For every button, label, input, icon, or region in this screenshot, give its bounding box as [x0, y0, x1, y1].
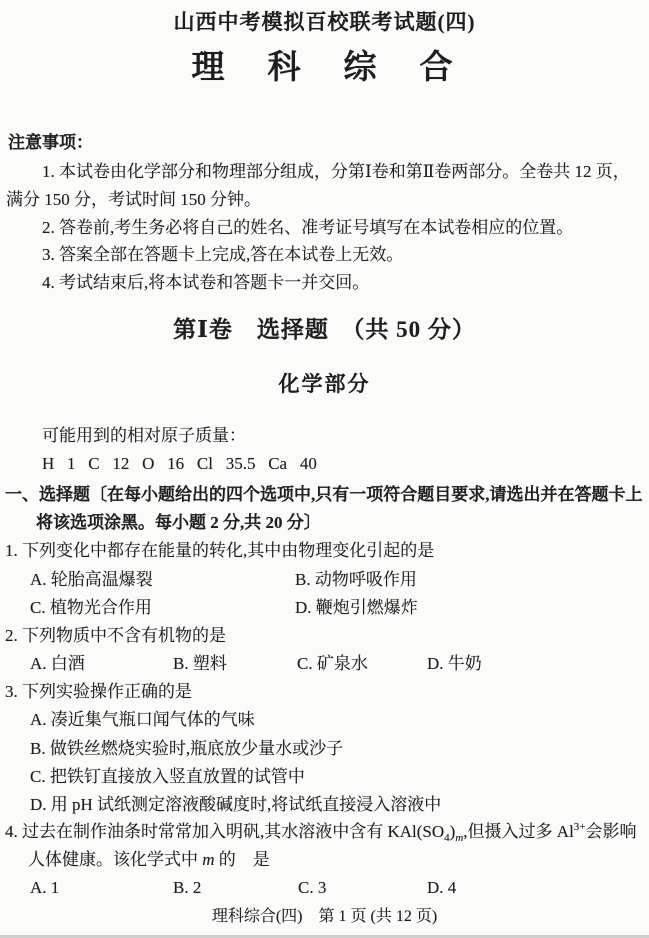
question-4-stem-line-2: 人体健康。该化学式中 m 的 是: [28, 848, 270, 872]
question-4-option-b: B. 2: [173, 876, 201, 900]
notice-line-3: 3. 答案全部在答题卡上完成,答在本试卷上无效。: [42, 243, 403, 267]
notice-line-2: 2. 答卷前,考生务必将自己的姓名、准考证号填写在本试卷相应的位置。: [42, 216, 573, 240]
question-2-option-b: B. 塑料: [173, 652, 227, 676]
notices-heading: 注意事项：: [8, 131, 93, 155]
exam-paper-page: 山西中考模拟百校联考试题(四) 理 科 综 合 注意事项： 1. 本试卷由化学部…: [0, 0, 649, 938]
question-4-option-c: C. 3: [298, 876, 326, 900]
question-2-option-d: D. 牛奶: [427, 652, 482, 676]
notice-line-1-cont: 满分 150 分，考试时间 150 分钟。: [6, 188, 261, 212]
footer-page-info: 理科综合(四) 第 1 页 (共 12 页): [0, 905, 649, 929]
subject-title: 理 科 综 合: [0, 56, 649, 80]
instruction-line-1: 一、选择题〔在每小题给出的四个选项中,只有一项符合题目要求,请选出并在答题卡上: [5, 483, 643, 507]
question-1-option-c: C. 植物光合作用: [30, 596, 152, 620]
question-3-option-c: C. 把铁钉直接放入竖直放置的试管中: [30, 765, 305, 789]
question-2-option-c: C. 矿泉水: [297, 652, 368, 676]
instruction-line-2: 将该选项涂黑。每小题 2 分,共 20 分〕: [36, 511, 321, 535]
atomic-mass-values: H 1 C 12 O 16 Cl 35.5 Ca 40: [42, 452, 317, 476]
chemistry-part-title: 化学部分: [0, 372, 649, 396]
exam-title: 山西中考模拟百校联考试题(四): [0, 10, 649, 34]
question-1-option-a: A. 轮胎高温爆裂: [30, 568, 153, 592]
question-2-stem: 2. 下列物质中不含有机物的是: [5, 624, 226, 648]
question-4-stem-line-1: 4. 过去在制作油条时常常加入明矾,其水溶液中含有 KAl(SO4)m,但摄入过…: [5, 820, 637, 844]
question-1-option-d: D. 鞭炮引燃爆炸: [295, 596, 418, 620]
question-3-stem: 3. 下列实验操作正确的是: [5, 680, 192, 704]
atomic-mass-label: 可能用到的相对原子质量：: [42, 424, 246, 448]
question-3-option-b: B. 做铁丝燃烧实验时,瓶底放少量水或沙子: [30, 737, 343, 761]
variable-m: m: [202, 850, 214, 869]
question-4-option-a: A. 1: [30, 876, 59, 900]
question-3-option-a: A. 凑近集气瓶口闻气体的气味: [30, 708, 255, 732]
question-1-stem: 1. 下列变化中都存在能量的转化,其中由物理变化引起的是: [5, 539, 434, 563]
question-2-option-a: A. 白酒: [30, 652, 85, 676]
notice-line-1: 1. 本试卷由化学部分和物理部分组成，分第Ⅰ卷和第Ⅱ卷两部分。全卷共 12 页，: [42, 160, 630, 184]
section-part-title: 第Ⅰ卷 选择题 （共 50 分）: [0, 318, 649, 342]
ion-superscript-3plus: 3+: [574, 821, 586, 833]
question-4-stem-text: 4. 过去在制作油条时常常加入明矾,其水溶液中含有 KAl(SO: [5, 822, 444, 841]
question-4-option-d: D. 4: [427, 876, 456, 900]
question-1-option-b: B. 动物呼吸作用: [295, 568, 417, 592]
question-3-option-d: D. 用 pH 试纸测定溶液酸碱度时,将试纸直接浸入溶液中: [30, 793, 441, 817]
notice-line-4: 4. 考试结束后,将本试卷和答题卡一并交回。: [42, 271, 369, 295]
